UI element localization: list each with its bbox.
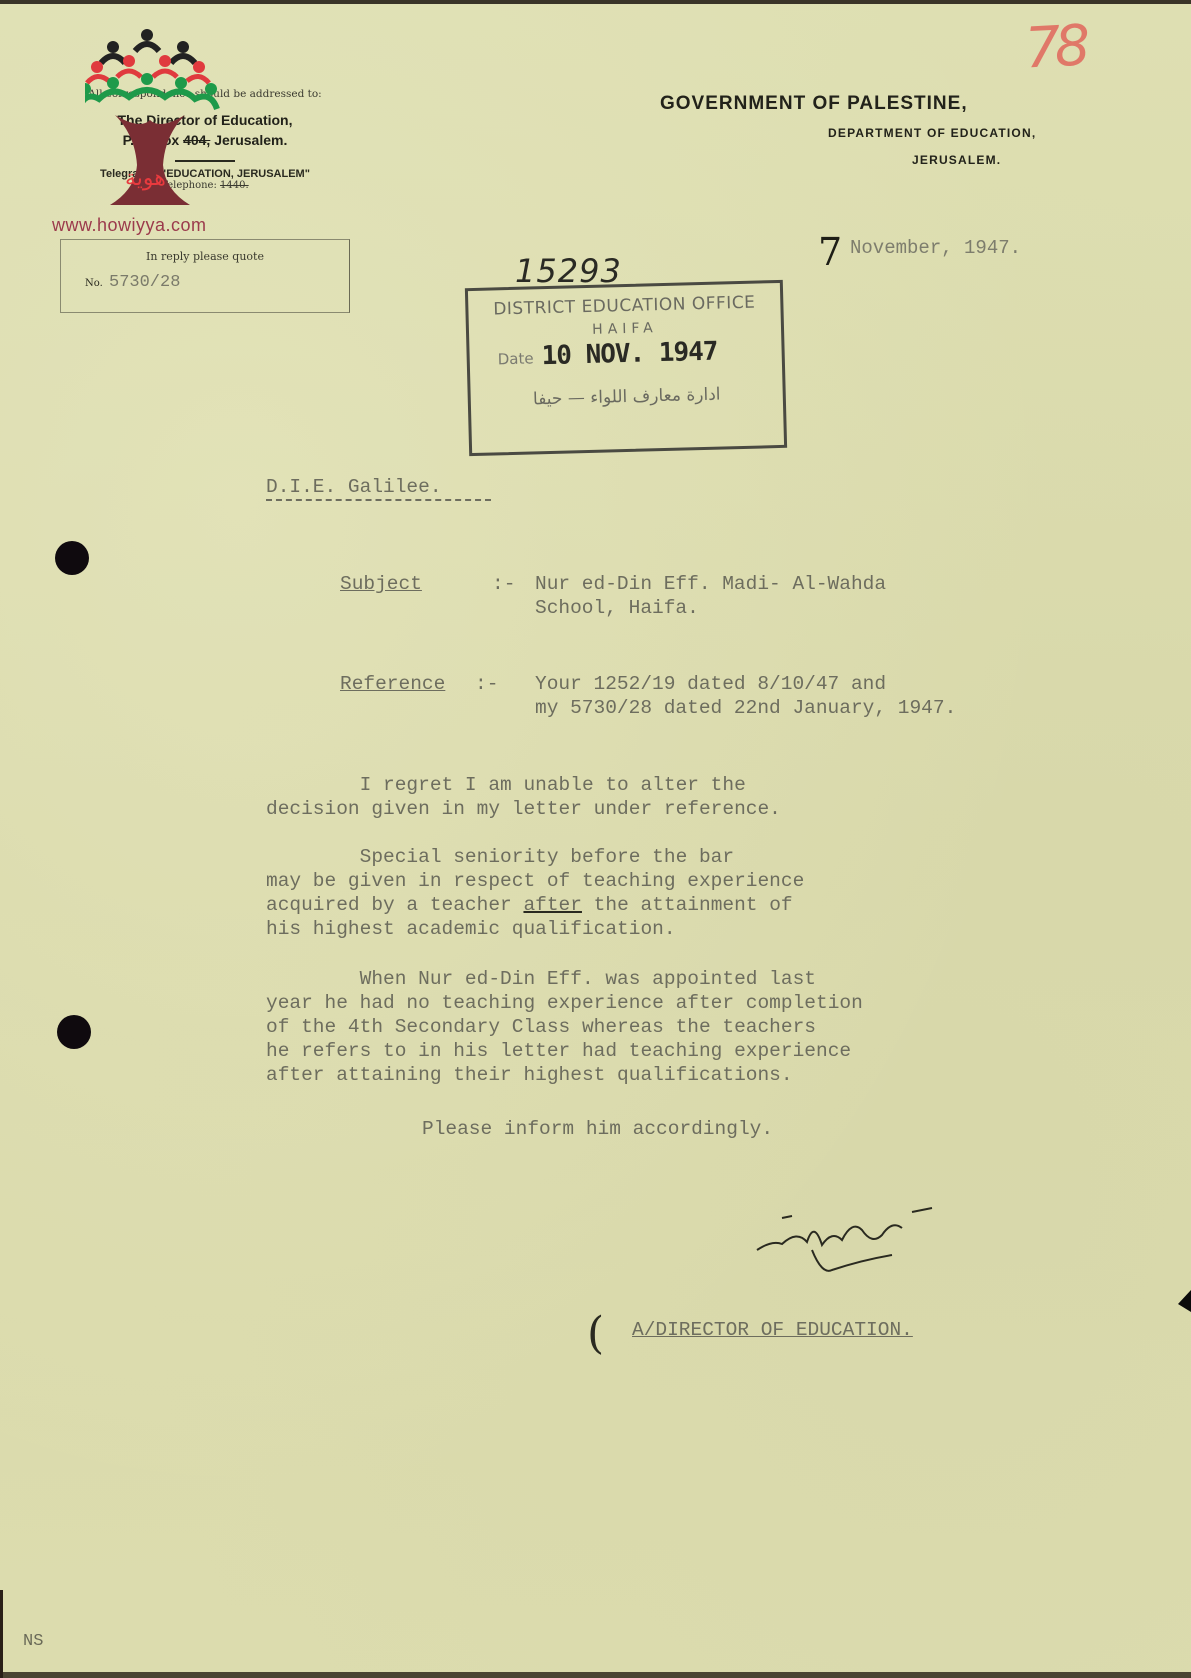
signature-mark: (: [587, 1308, 604, 1359]
reference-separator: :-: [475, 672, 498, 696]
punch-hole-bottom: [57, 1015, 91, 1049]
page-edge-notch: [1178, 1290, 1191, 1312]
subject-text: Nur ed-Din Eff. Madi- Al-Wahda School, H…: [535, 572, 886, 620]
stamp-arabic: ادارة معارف اللواء — حيفا: [471, 383, 783, 411]
received-stamp: DISTRICT EDUCATION OFFICE HAIFA Date 10 …: [465, 280, 787, 456]
watermark-site: www.howiyya.com: [52, 215, 207, 236]
paragraph-2-emphasis: after: [523, 894, 582, 916]
reply-label: In reply please quote: [61, 250, 349, 263]
stamp-office: DISTRICT EDUCATION OFFICE: [468, 292, 780, 320]
paragraph-3: When Nur ed-Din Eff. was appointed last …: [266, 967, 863, 1087]
howiyya-tree-logo-icon: هوية: [85, 25, 225, 215]
scan-left-edge: [0, 1590, 3, 1678]
government-title: GOVERNMENT OF PALESTINE,: [660, 93, 968, 115]
stamp-city: HAIFA: [469, 317, 781, 341]
city-title: JERUSALEM.: [912, 153, 1001, 167]
scan-bottom-edge: [0, 1672, 1191, 1678]
svg-text:هوية: هوية: [125, 166, 166, 191]
reference-label: Reference: [340, 672, 445, 696]
paragraph-4: Please inform him accordingly.: [422, 1117, 773, 1141]
department-title: DEPARTMENT OF EDUCATION,: [828, 126, 1036, 140]
footer-initials: NS: [23, 1632, 43, 1651]
paragraph-2: Special seniority before the bar may be …: [266, 845, 804, 941]
punch-hole-top: [55, 541, 89, 575]
signature-icon: [752, 1200, 962, 1280]
scan-top-edge: [0, 0, 1191, 4]
page-number: 78: [1023, 13, 1086, 81]
reply-quote-box: In reply please quote No. 5730/28: [60, 239, 350, 313]
subject-separator: :-: [492, 572, 515, 596]
signature-title: A/DIRECTOR OF EDUCATION.: [632, 1318, 913, 1342]
addressee-underline: [266, 499, 491, 501]
subject-label: Subject: [340, 572, 422, 596]
letter-date: November, 1947.: [850, 237, 1021, 259]
reply-no-label: No.: [85, 278, 103, 289]
reply-number: 5730/28: [109, 273, 180, 292]
reference-text: Your 1252/19 dated 8/10/47 and my 5730/2…: [535, 672, 956, 720]
date-day-handwritten: 7: [818, 230, 842, 274]
addressee: D.I.E. Galilee.: [266, 475, 442, 499]
stamp-date-label: Date: [497, 349, 533, 368]
paragraph-1: I regret I am unable to alter the decisi…: [266, 773, 781, 821]
stamp-date-value: 10 NOV. 1947: [541, 337, 718, 372]
